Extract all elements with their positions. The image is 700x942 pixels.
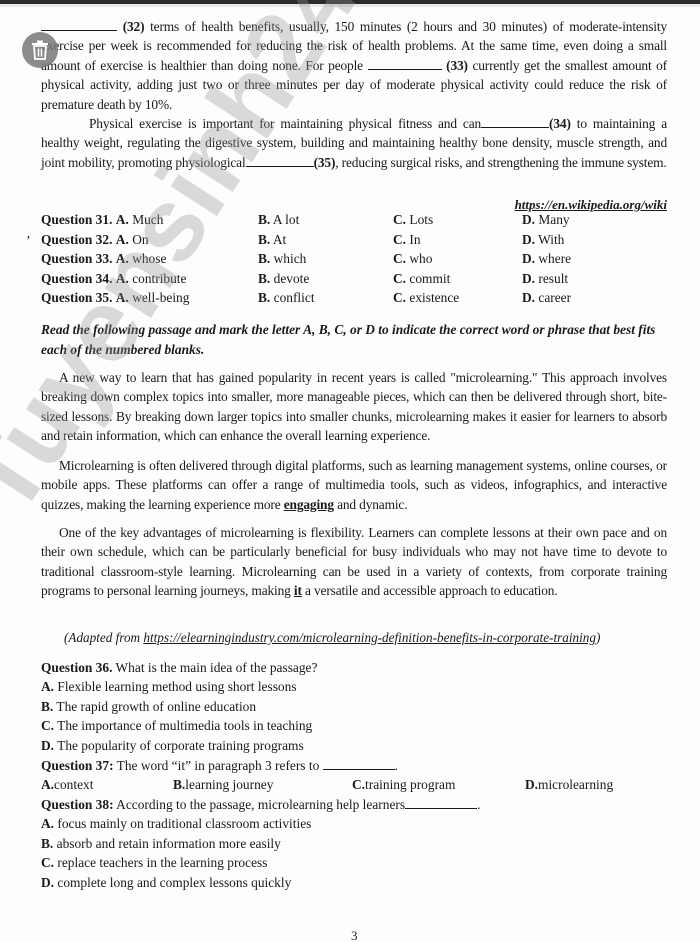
question-end: . [477,797,480,812]
question-option-a[interactable]: Question 35. A. well-being [41,290,189,306]
blank-37 [323,759,395,770]
underlined-word-it: it [294,583,302,598]
question-option-c[interactable]: C. who [393,251,432,267]
option-letter: B. [173,777,185,792]
question-option-d[interactable]: D. where [522,251,571,267]
option-letter: B. [41,836,53,851]
answer-row: Question 33. A. whoseB. whichC. whoD. wh… [41,251,681,270]
question-36: Question 36. What is the main idea of th… [41,660,317,676]
option-text: learning journey [185,777,273,793]
option-letter: D. [41,875,54,890]
option-text: absorb and retain information more easil… [53,836,281,851]
passage-paragraph-2: Microlearning is often delivered through… [41,456,667,514]
blank-34 [481,117,549,128]
q36-option-d[interactable]: D. The popularity of corporate training … [41,738,304,754]
answer-row: Question 34. A. contributeB. devoteC. co… [41,271,681,290]
option-text: context [54,777,93,793]
question-37: Question 37: The word “it” in paragraph … [41,758,398,774]
option-a[interactable]: well-being [132,290,189,305]
source-link-wikipedia[interactable]: https://en.wikipedia.org/wiki [515,197,667,213]
option-text: The popularity of corporate training pro… [54,738,304,753]
passage-paragraph-3: One of the key advantages of microlearni… [41,523,667,601]
question-option-d[interactable]: D. With [522,232,564,248]
question-option-a[interactable]: Question 33. A. whose [41,251,166,267]
q33-marker: (33) [446,58,468,73]
option-letter: A. [116,212,129,227]
question-text: The word “it” in paragraph 3 refers to [114,758,323,773]
option-text: training program [365,777,455,793]
blank-38 [405,798,477,809]
q38-option-c[interactable]: C. replace teachers in the learning proc… [41,855,267,871]
option-letter: B. [258,290,270,305]
q36-option-b[interactable]: B. The rapid growth of online education [41,699,256,715]
option-letter: C. [393,232,406,247]
paragraph-text: Physical exercise is important for maint… [89,116,481,131]
instruction-text: Read the following passage and mark the … [41,320,681,360]
option-letter: A. [41,777,54,792]
option-text: career [538,290,571,305]
question-option-c[interactable]: C. existence [393,290,459,306]
q32-marker: (32) [123,19,145,34]
option-text: At [273,232,286,247]
paragraph-text: , reducing surgical risks, and strengthe… [335,155,666,170]
blank-32 [41,20,117,31]
option-letter: C. [41,855,54,870]
option-text: commit [409,271,450,286]
question-38: Question 38: According to the passage, m… [41,797,480,813]
question-option-b[interactable]: B. which [258,251,306,267]
option-letter: D. [41,738,54,753]
q34-marker: (34) [549,116,571,131]
option-text: In [409,232,420,247]
option-letter: B. [258,232,270,247]
blank-35 [246,156,314,167]
option-letter: C. [352,777,365,792]
question-label: Question 34. [41,271,112,286]
paragraph-text: a versatile and accessible approach to e… [302,583,558,598]
answer-row: Question 35. A. well-beingB. conflictC. … [41,290,681,309]
answer-row: Question 31. A. MuchB. A lotC. LotsD. Ma… [41,212,681,231]
option-a[interactable]: Much [132,212,163,227]
option-a[interactable]: whose [132,251,166,266]
question-label: Question 38: [41,797,114,812]
option-text: who [409,251,432,266]
question-option-a[interactable]: Question 34. A. contribute [41,271,186,287]
question-option-d[interactable]: D. Many [522,212,570,228]
option-letter: D. [522,271,535,286]
question-option-a[interactable]: Question 32. A. On [41,232,149,248]
option-letter: A. [41,679,54,694]
question-option-c[interactable]: C. Lots [393,212,433,228]
question-option-b[interactable]: B. A lot [258,212,299,228]
q36-option-c[interactable]: C. The importance of multimedia tools in… [41,718,312,734]
paragraph-health-benefits: (32) terms of health benefits, usually, … [41,17,667,114]
question-option-b[interactable]: B. conflict [258,290,315,306]
option-text: conflict [274,290,315,305]
option-letter: B. [258,251,270,266]
paragraph-text: and dynamic. [334,497,408,512]
delete-button[interactable] [22,32,58,68]
option-letter: A. [116,290,129,305]
option-letter: C. [393,271,406,286]
option-text: With [538,232,564,247]
q37-option-c[interactable]: C. training program [352,777,365,793]
q38-option-b[interactable]: B. absorb and retain information more ea… [41,836,281,852]
question-label: Question 32. [41,232,112,247]
option-text: devote [274,271,310,286]
underlined-word-engaging: engaging [284,497,334,512]
option-text: complete long and complex lessons quickl… [54,875,291,890]
citation-suffix: ) [596,630,600,645]
option-letter: A. [116,232,129,247]
option-letter: D. [522,232,535,247]
question-label: Question 37: [41,758,114,773]
question-option-c[interactable]: C. commit [393,271,450,287]
question-text: According to the passage, microlearning … [114,797,406,812]
question-option-d[interactable]: D. career [522,290,571,306]
question-end: . [395,758,398,773]
option-text: A lot [273,212,299,227]
option-letter: A. [41,816,54,831]
trash-icon [31,40,49,60]
question-label: Question 33. [41,251,112,266]
q35-marker: (35) [314,155,336,170]
option-text: existence [409,290,459,305]
option-letter: D. [525,777,538,792]
option-letter: D. [522,290,535,305]
option-letter: B. [41,699,53,714]
question-text: What is the main idea of the passage? [112,660,317,675]
answer-row: Question 32. A. OnB. AtC. InD. With [41,232,681,251]
option-text: microlearning [538,777,613,793]
q38-option-d[interactable]: D. complete long and complex lessons qui… [41,875,291,891]
option-text: replace teachers in the learning process [54,855,267,870]
option-letter: C. [41,718,54,733]
option-letter: B. [258,212,270,227]
option-a[interactable]: On [132,232,148,247]
option-text: focus mainly on traditional classroom ac… [54,816,311,831]
option-letter: D. [522,251,535,266]
option-text: The importance of multimedia tools in te… [54,718,312,733]
q37-option-d[interactable]: D. microlearning [525,777,538,793]
option-text: where [538,251,571,266]
stray-mark: ’ [26,234,31,250]
paragraph-exercise: Physical exercise is important for maint… [41,114,667,172]
option-letter: B. [258,271,270,286]
option-text: which [274,251,307,266]
option-text: Flexible learning method using short les… [54,679,297,694]
option-letter: C. [393,290,406,305]
option-text: The rapid growth of online education [53,699,256,714]
passage-paragraph-1: A new way to learn that has gained popul… [41,368,667,446]
question-option-d[interactable]: D. result [522,271,568,287]
question-label: Question 36. [41,660,112,675]
blank-33 [368,59,442,70]
page-number: 3 [351,928,358,942]
question-option-c[interactable]: C. In [393,232,421,248]
question-label: Question 31. [41,212,112,227]
question-label: Question 35. [41,290,112,305]
q37-option-a[interactable]: A. context [41,777,54,793]
question-option-a[interactable]: Question 31. A. Much [41,212,163,228]
q36-option-a[interactable]: A. Flexible learning method using short … [41,679,297,695]
top-bar-shade [0,4,700,7]
option-text: Many [538,212,569,227]
citation-link[interactable]: https://elearningindustry.com/microlearn… [143,630,596,645]
q38-option-a[interactable]: A. focus mainly on traditional classroom… [41,816,311,832]
option-text: result [538,271,568,286]
option-letter: C. [393,212,406,227]
question-option-b[interactable]: B. devote [258,271,309,287]
document-page: (32) terms of health benefits, usually, … [0,0,700,942]
question-option-b[interactable]: B. At [258,232,286,248]
citation-prefix: (Adapted from [64,630,143,645]
option-letter: D. [522,212,535,227]
q37-option-b[interactable]: B. learning journey [173,777,185,793]
option-a[interactable]: contribute [132,271,186,286]
option-letter: A. [116,271,129,286]
option-text: Lots [409,212,433,227]
option-letter: A. [116,251,129,266]
option-letter: C. [393,251,406,266]
adapted-from-citation: (Adapted from https://elearningindustry.… [64,630,600,646]
